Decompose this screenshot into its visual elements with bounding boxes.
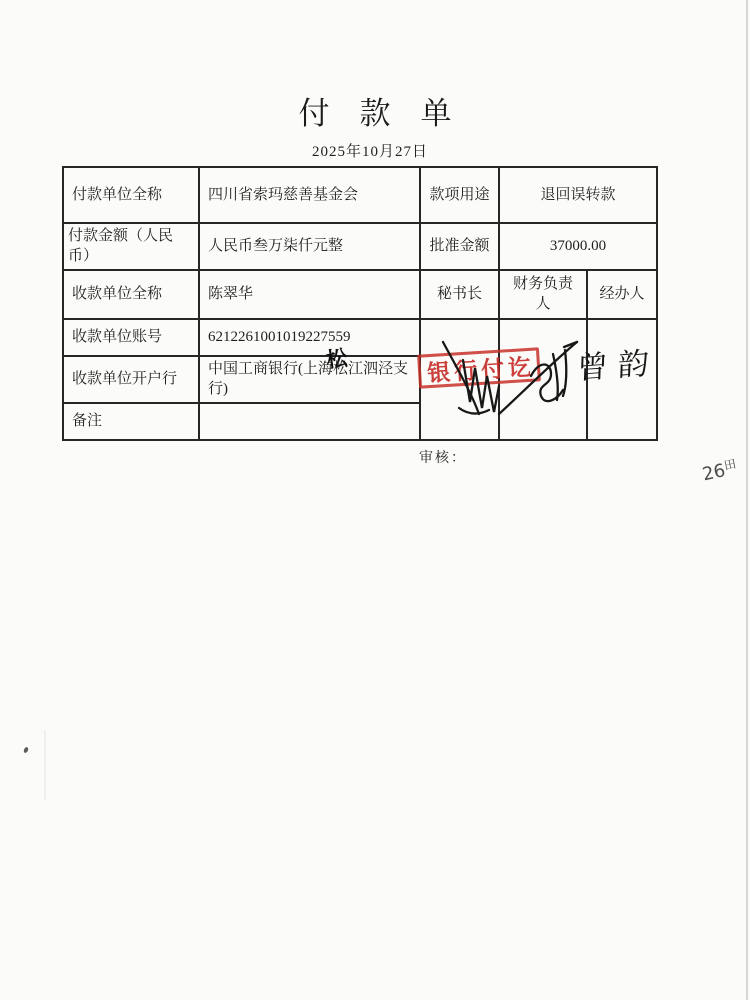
account-value-cell: 6212261001019227559 (199, 319, 420, 356)
payee-value-cell: 陈翠华 (199, 270, 420, 319)
amount-label-cell: 付款金额（人民币） (63, 223, 199, 270)
approved-value-cell: 37000.00 (499, 223, 657, 270)
payer-value-cell: 四川省索玛慈善基金会 (199, 167, 420, 223)
review-label: 审核： (419, 447, 467, 467)
approved-label-cell: 批准金额 (420, 223, 499, 270)
handwritten-margin-note: 26田 (700, 455, 739, 486)
table-row: 付款单位全称 四川省索玛慈善基金会 款项用途 退回误转款 (63, 167, 657, 223)
payment-voucher-table: 付款单位全称 四川省索玛慈善基金会 款项用途 退回误转款 付款金额（人民币） 人… (62, 166, 658, 441)
remarks-value-cell (199, 403, 420, 440)
document-date: 2025年10月27日 (0, 140, 740, 161)
purpose-value-cell: 退回误转款 (499, 167, 657, 223)
scanned-payment-voucher-page: 付款单 2025年10月27日 付款单位全称 四川省索玛慈善基金会 款项用途 退… (0, 0, 750, 1000)
account-label-cell: 收款单位账号 (63, 319, 199, 356)
secretary-signature-cell (420, 319, 499, 440)
remarks-label-cell: 备注 (63, 403, 199, 440)
payee-label-cell: 收款单位全称 (63, 270, 199, 319)
bank-value-cell: 中国工商银行(上海松江泗泾支行) (199, 356, 420, 403)
document-title: 付款单 (0, 88, 750, 133)
paper-edge-line (746, 0, 748, 1000)
purpose-label-cell: 款项用途 (420, 167, 499, 223)
table-row: 收款单位全称 陈翠华 秘书长 财务负责人 经办人 (63, 270, 657, 319)
amount-value-cell: 人民币叁万柒仟元整 (199, 223, 420, 270)
finance-signature-cell (499, 319, 587, 440)
finance-header-cell: 财务负责人 (499, 270, 587, 319)
secretary-header-cell: 秘书长 (420, 270, 499, 319)
paper-crease (44, 730, 46, 800)
ink-speck (23, 746, 29, 753)
bank-label-cell: 收款单位开户行 (63, 356, 199, 403)
margin-note-glyph: 田 (723, 457, 738, 473)
table-row: 付款金额（人民币） 人民币叁万柒仟元整 批准金额 37000.00 (63, 223, 657, 270)
handler-header-cell: 经办人 (587, 270, 657, 319)
handler-signature-cell (587, 319, 657, 440)
table-row: 收款单位账号 6212261001019227559 (63, 319, 657, 356)
payer-label-cell: 付款单位全称 (63, 167, 199, 223)
